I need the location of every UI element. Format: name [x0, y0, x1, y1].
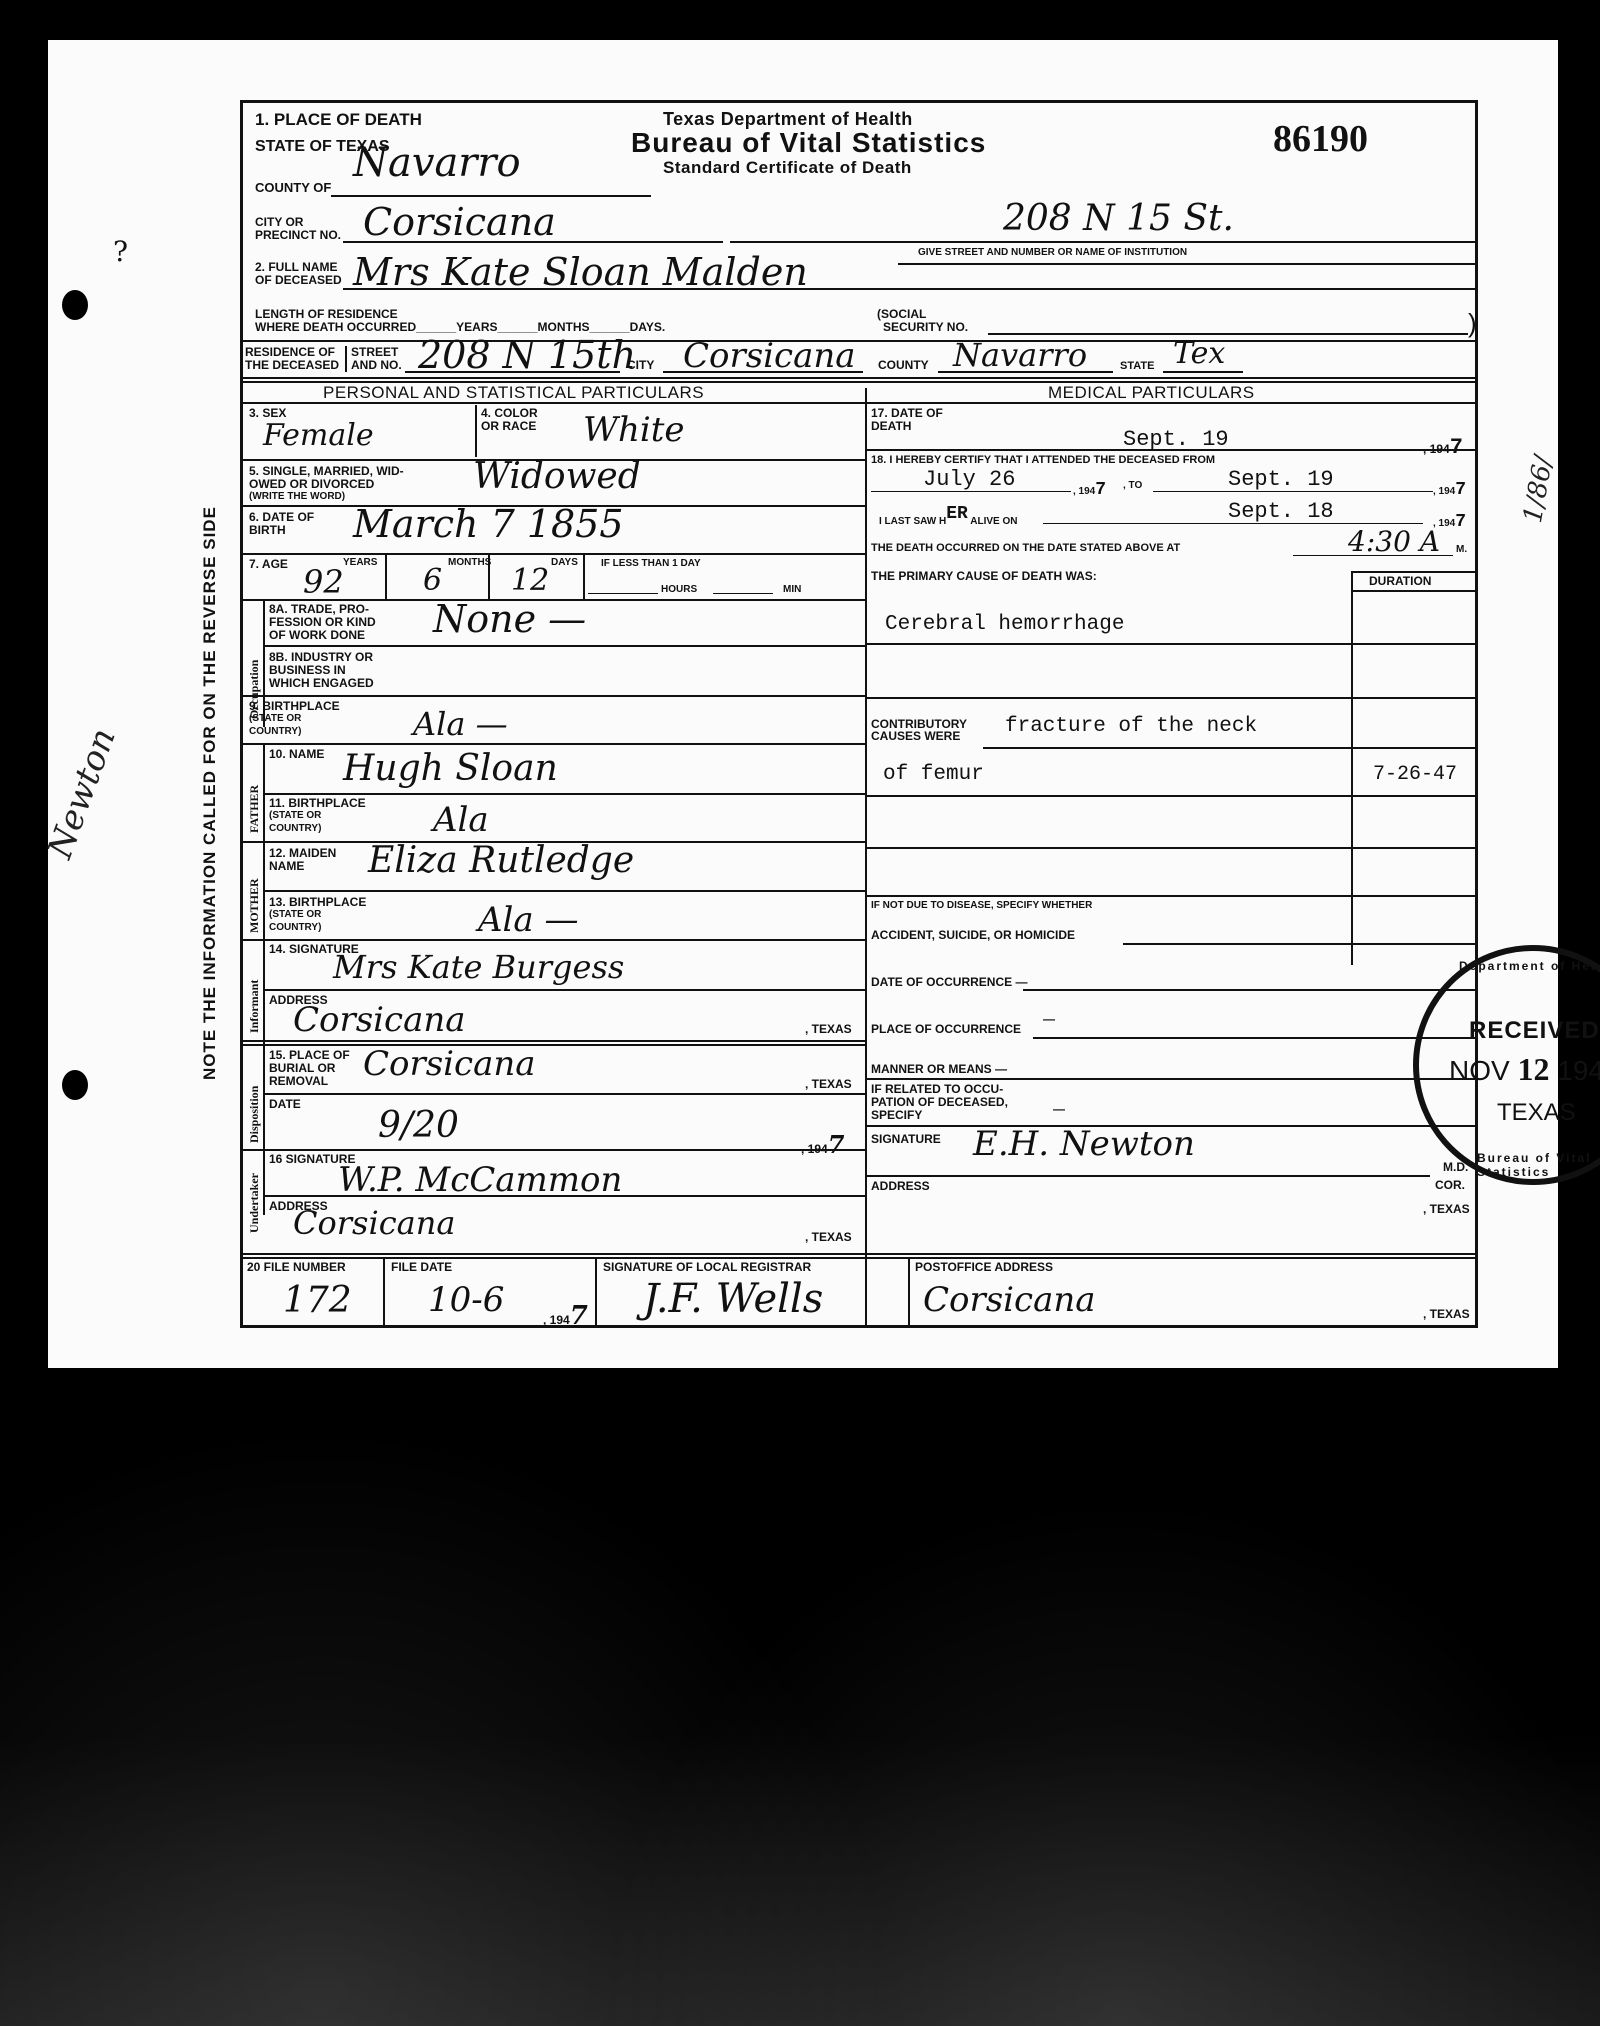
attended-to-year: , 1947 [1433, 481, 1466, 500]
marital-value: Widowed [473, 459, 641, 495]
hours-label: Hours [661, 585, 697, 596]
stamp-ring-bottom: Bureau of Vital Statistics [1477, 1151, 1600, 1179]
side-label-mother: MOTHER [247, 878, 262, 933]
side-label-undertaker: Undertaker [247, 1173, 262, 1233]
street-caption: Give street and number or name of instit… [918, 248, 1187, 259]
occupation-related-label-2: pation of deceased, [871, 1096, 1008, 1109]
registrar-signature: J.F. Wells [643, 1279, 823, 1319]
undertaker-address-value: Corsicana [293, 1207, 455, 1239]
mother-birthplace-label-3: Country) [269, 923, 321, 934]
ssn-label-2: SECURITY NO. [883, 321, 968, 334]
file-year: , 1947 [543, 1303, 588, 1329]
occurrence-place-label: Place of occurrence [871, 1023, 1021, 1036]
burial-label-1: 15. Place of [269, 1049, 350, 1062]
trade-label-2: fession or Kind [269, 616, 376, 629]
mother-maiden-label-2: Name [269, 860, 304, 873]
street-label-2: AND NO. [351, 359, 402, 372]
burial-label-2: Burial or [269, 1062, 335, 1075]
postoffice-label: Postoffice Address [915, 1261, 1053, 1274]
stamp-received: RECEIVED [1469, 1017, 1600, 1045]
min-label: Min [783, 585, 801, 596]
dod-year: , 1947 [1423, 436, 1463, 459]
undertaker-texas: , Texas [805, 1231, 852, 1244]
birthplace-label-2: (State or [249, 714, 301, 725]
birthplace-label-3: Country) [249, 727, 301, 738]
marital-label-1: 5. Single, Married, Wid- [249, 465, 404, 478]
less-than-day-label: If less than 1 day [601, 559, 701, 570]
trade-label-1: 8A. Trade, Pro- [269, 603, 369, 616]
death-time-suffix: M. [1456, 545, 1467, 556]
contributory-value-1: fracture of the neck [1005, 715, 1257, 738]
age-days-label: Days [551, 558, 578, 569]
received-stamp: Department of Health RECEIVED NOV 12 194… [1413, 945, 1600, 1185]
race-label-1: 4. COLOR [481, 407, 538, 420]
burial-date-label: Date [269, 1098, 301, 1111]
death-time-value: 4:30 A [1348, 528, 1440, 556]
birthplace-value: Ala — [413, 708, 508, 740]
stamp-ring-top: Department of Health [1459, 959, 1600, 973]
manner-label: Manner or means — [871, 1063, 1007, 1076]
reverse-side-note: NOTE THE INFORMATION CALLED FOR ON THE R… [200, 180, 220, 1080]
residence-county-value: Navarro [953, 339, 1087, 371]
stamp-date: NOV 12 1947 [1449, 1051, 1600, 1088]
full-name-value: Mrs Kate Sloan Malden [353, 253, 808, 291]
age-years-label: Years [343, 558, 377, 569]
death-time-label: The death occurred on the date stated ab… [871, 543, 1180, 555]
medical-section-title: Medical Particulars [1048, 383, 1255, 403]
physician-texas: , Texas [1423, 1203, 1470, 1216]
cor-label: Cor. [1435, 1179, 1465, 1192]
residence-county-label: County [878, 359, 929, 372]
contributory-duration: 7-26-47 [1373, 763, 1457, 786]
residence-street-value: 208 N 15th [418, 336, 636, 374]
residence-state-value: Tex [1173, 339, 1225, 369]
primary-cause-label: The primary cause of death was: [871, 570, 1097, 583]
trade-value: None — [433, 600, 586, 638]
side-label-disposition: Disposition [247, 1086, 262, 1143]
accident-label: Accident, suicide, or homicide [871, 929, 1075, 942]
undertaker-sig-value: W.P. McCammon [338, 1163, 622, 1197]
sex-value: Female [263, 421, 374, 451]
father-birthplace-label-2: (State or [269, 811, 321, 822]
certificate-number: 86190 [1273, 117, 1368, 161]
burial-value: Corsicana [363, 1047, 536, 1081]
age-months-value: 6 [423, 566, 442, 596]
dod-label-2: Death [871, 420, 911, 433]
dob-label-2: Birth [249, 524, 286, 537]
dob-value: March 7 1855 [353, 505, 624, 543]
father-name-value: Hugh Sloan [343, 751, 558, 787]
age-years-value: 92 [303, 566, 344, 598]
mother-birthplace-label-2: (State or [269, 910, 321, 921]
father-birthplace-value: Ala [433, 803, 489, 837]
residence-label-2: THE DECEASED [245, 359, 339, 372]
contributory-value-2: of femur [883, 763, 984, 786]
margin-mark: ? [113, 235, 128, 268]
primary-cause-value: Cerebral hemorrhage [885, 613, 1124, 636]
age-days-value: 12 [511, 566, 549, 596]
marital-label-3: (Write the word) [249, 492, 345, 503]
age-label: 7. Age [249, 558, 288, 571]
residence-city-label: City [627, 359, 654, 372]
physician-address-label: Address [871, 1180, 930, 1193]
occupation-related-label-1: If related to occu- [871, 1083, 1003, 1096]
burial-label-3: Removal [269, 1075, 328, 1088]
residence-city-value: Corsicana [683, 339, 856, 373]
last-saw-date: Sept. 18 [1228, 499, 1334, 524]
race-value: White [583, 413, 685, 447]
place-of-death-label: 1. Place of Death [255, 111, 422, 129]
residence-state-label: State [1120, 361, 1154, 373]
father-birthplace-label-1: 11. Birthplace [269, 797, 366, 810]
not-disease-label: If not due to disease, specify whether [871, 901, 1092, 912]
father-name-label: 10. Name [269, 748, 324, 761]
dod-label-1: 17. Date of [871, 407, 943, 420]
physician-signature-label: Signature [871, 1133, 941, 1146]
registrar-label: Signature of Local Registrar [603, 1261, 811, 1274]
street-value: 208 N 15 St. [1003, 201, 1234, 237]
burial-year: , 1947 [801, 1133, 844, 1157]
mother-birthplace-value: Ala — [478, 903, 579, 937]
trade-label-3: of Work Done [269, 629, 365, 642]
county-label: County of [255, 181, 331, 195]
attended-from: July 26 [923, 467, 1015, 492]
contributory-label-2: causes were [871, 730, 960, 743]
age-months-label: Months [448, 558, 491, 569]
last-saw-label: I last saw her alive on [879, 511, 1018, 530]
personal-section-title: Personal and Statistical Particulars [323, 383, 704, 403]
marital-label-2: owed or Divorced [249, 478, 374, 491]
bureau-title: Bureau of Vital Statistics [631, 127, 986, 159]
street-label-1: STREET [351, 346, 398, 359]
form-title: Standard Certificate of Death [663, 158, 912, 178]
attended-to: Sept. 19 [1228, 467, 1334, 492]
postoffice-value: Corsicana [923, 1283, 1096, 1317]
burial-texas: , Texas [805, 1078, 852, 1091]
file-number-label: 20 File Number [247, 1261, 346, 1274]
attended-from-year: , 1947 [1073, 481, 1106, 500]
burial-date-value: 9/20 [378, 1108, 459, 1144]
dob-label-1: 6. Date of [249, 511, 314, 524]
industry-label-2: Business in [269, 664, 346, 677]
mother-birthplace-label-1: 13. Birthplace [269, 896, 366, 909]
file-date-value: 10-6 [428, 1283, 504, 1317]
residence-label-1: RESIDENCE OF [245, 346, 335, 359]
scan-background-noise [0, 1380, 1600, 2026]
physician-signature-value: E.H. Newton [973, 1127, 1195, 1161]
to-label: , to [1123, 481, 1142, 492]
stamp-state: TEXAS [1497, 1099, 1576, 1127]
occupation-related-label-3: specify [871, 1109, 922, 1122]
occurrence-date-label: Date of occurrence — [871, 976, 1027, 989]
race-label-2: OR RACE [481, 420, 536, 433]
father-birthplace-label-3: Country) [269, 824, 321, 835]
informant-address-value: Corsicana [293, 1003, 466, 1037]
file-date-label: File Date [391, 1261, 452, 1274]
mother-maiden-label-1: 12. Maiden [269, 847, 336, 860]
postoffice-texas: , Texas [1423, 1308, 1470, 1321]
industry-label-1: 8B. Industry or [269, 651, 373, 664]
ssn-label-1: (SOCIAL [877, 308, 926, 321]
informant-texas: , Texas [805, 1023, 852, 1036]
industry-label-3: Which Engaged [269, 677, 374, 690]
residence-length-label: LENGTH OF RESIDENCE [255, 308, 398, 321]
informant-sig-value: Mrs Kate Burgess [333, 951, 624, 983]
duration-label: Duration [1369, 575, 1431, 588]
file-number-value: 172 [283, 1283, 352, 1319]
occurrence-place-value: — [1043, 1013, 1055, 1026]
mother-maiden-value: Eliza Rutledge [368, 843, 634, 879]
side-label-father: FATHER [247, 785, 262, 833]
city-label-2: PRECINCT NO. [255, 229, 341, 242]
county-value: Navarro [353, 143, 521, 183]
city-value: Corsicana [363, 203, 556, 241]
residence-length-row: WHERE DEATH OCCURRED______Years______Mon… [255, 321, 665, 334]
punch-hole [62, 1070, 88, 1100]
punch-hole [62, 290, 88, 320]
occupation-related-value: — [1053, 1103, 1065, 1116]
full-name-label-2: OF DECEASED [255, 274, 342, 287]
birthplace-label-1: 9. Birthplace [249, 700, 340, 713]
full-name-label-1: 2. FULL NAME [255, 261, 337, 274]
death-certificate-form: 1. Place of Death State of Texas Texas D… [240, 100, 1478, 1328]
side-label-informant: Informant [247, 980, 262, 1033]
certify-label: 18. I hereby certify that I attended the… [871, 455, 1215, 467]
city-label-1: CITY OR [255, 216, 303, 229]
